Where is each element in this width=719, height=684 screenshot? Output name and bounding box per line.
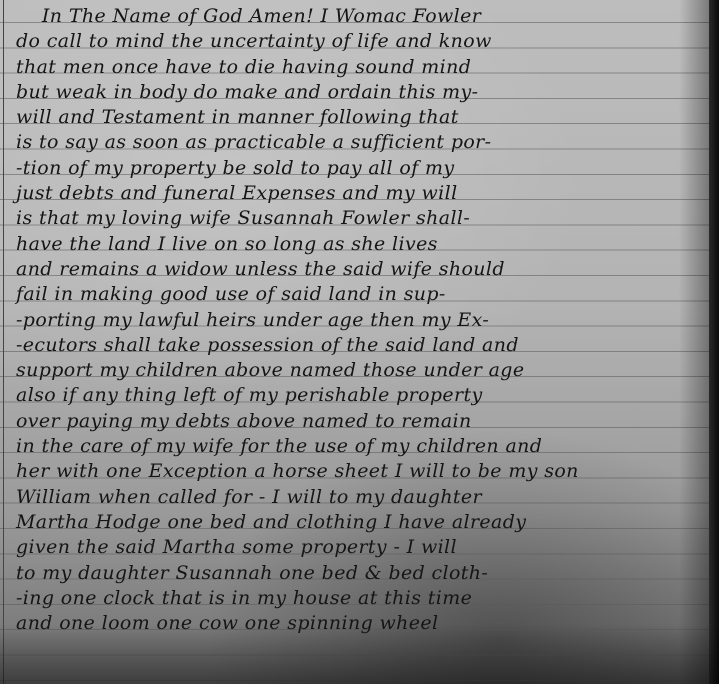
text-line-13: -porting my lawful heirs under age then … [16, 308, 704, 333]
text-line-19: her with one Exception a horse sheet I w… [16, 459, 704, 484]
text-line-22: given the said Martha some property - I … [16, 535, 704, 560]
text-line-5: will and Testament in manner following t… [16, 105, 704, 130]
left-margin-line [3, 0, 4, 684]
text-line-1: In The Name of God Amen! I Womac Fowler [16, 4, 704, 29]
text-line-10: have the land I live on so long as she l… [16, 232, 704, 257]
document-page: In The Name of God Amen! I Womac Fowler … [0, 0, 719, 684]
text-line-21: Martha Hodge one bed and clothing I have… [16, 510, 704, 535]
text-line-20: William when called for - I will to my d… [16, 485, 704, 510]
text-line-4: but weak in body do make and ordain this… [16, 80, 704, 105]
text-line-15: support my children above named those un… [16, 358, 704, 383]
text-line-23: to my daughter Susannah one bed & bed cl… [16, 561, 704, 586]
text-line-3: that men once have to die having sound m… [16, 55, 704, 80]
text-line-16: also if any thing left of my perishable … [16, 383, 704, 408]
text-line-12: fail in making good use of said land in … [16, 282, 704, 307]
text-line-18: in the care of my wife for the use of my… [16, 434, 704, 459]
text-line-6: is to say as soon as practicable a suffi… [16, 130, 704, 155]
text-line-14: -ecutors shall take possession of the sa… [16, 333, 704, 358]
bottom-shadow [0, 624, 719, 684]
handwritten-text-block: In The Name of God Amen! I Womac Fowler … [16, 4, 706, 636]
text-line-7: -tion of my property be sold to pay all … [16, 156, 704, 181]
text-line-9: is that my loving wife Susannah Fowler s… [16, 206, 704, 231]
text-line-17: over paying my debts above named to rema… [16, 409, 704, 434]
text-line-24: -ing one clock that is in my house at th… [16, 586, 704, 611]
book-binding-edge [709, 0, 719, 684]
text-line-8: just debts and funeral Expenses and my w… [16, 181, 704, 206]
binding-shadow [679, 0, 709, 684]
text-line-2: do call to mind the uncertainty of life … [16, 29, 704, 54]
text-line-11: and remains a widow unless the said wife… [16, 257, 704, 282]
